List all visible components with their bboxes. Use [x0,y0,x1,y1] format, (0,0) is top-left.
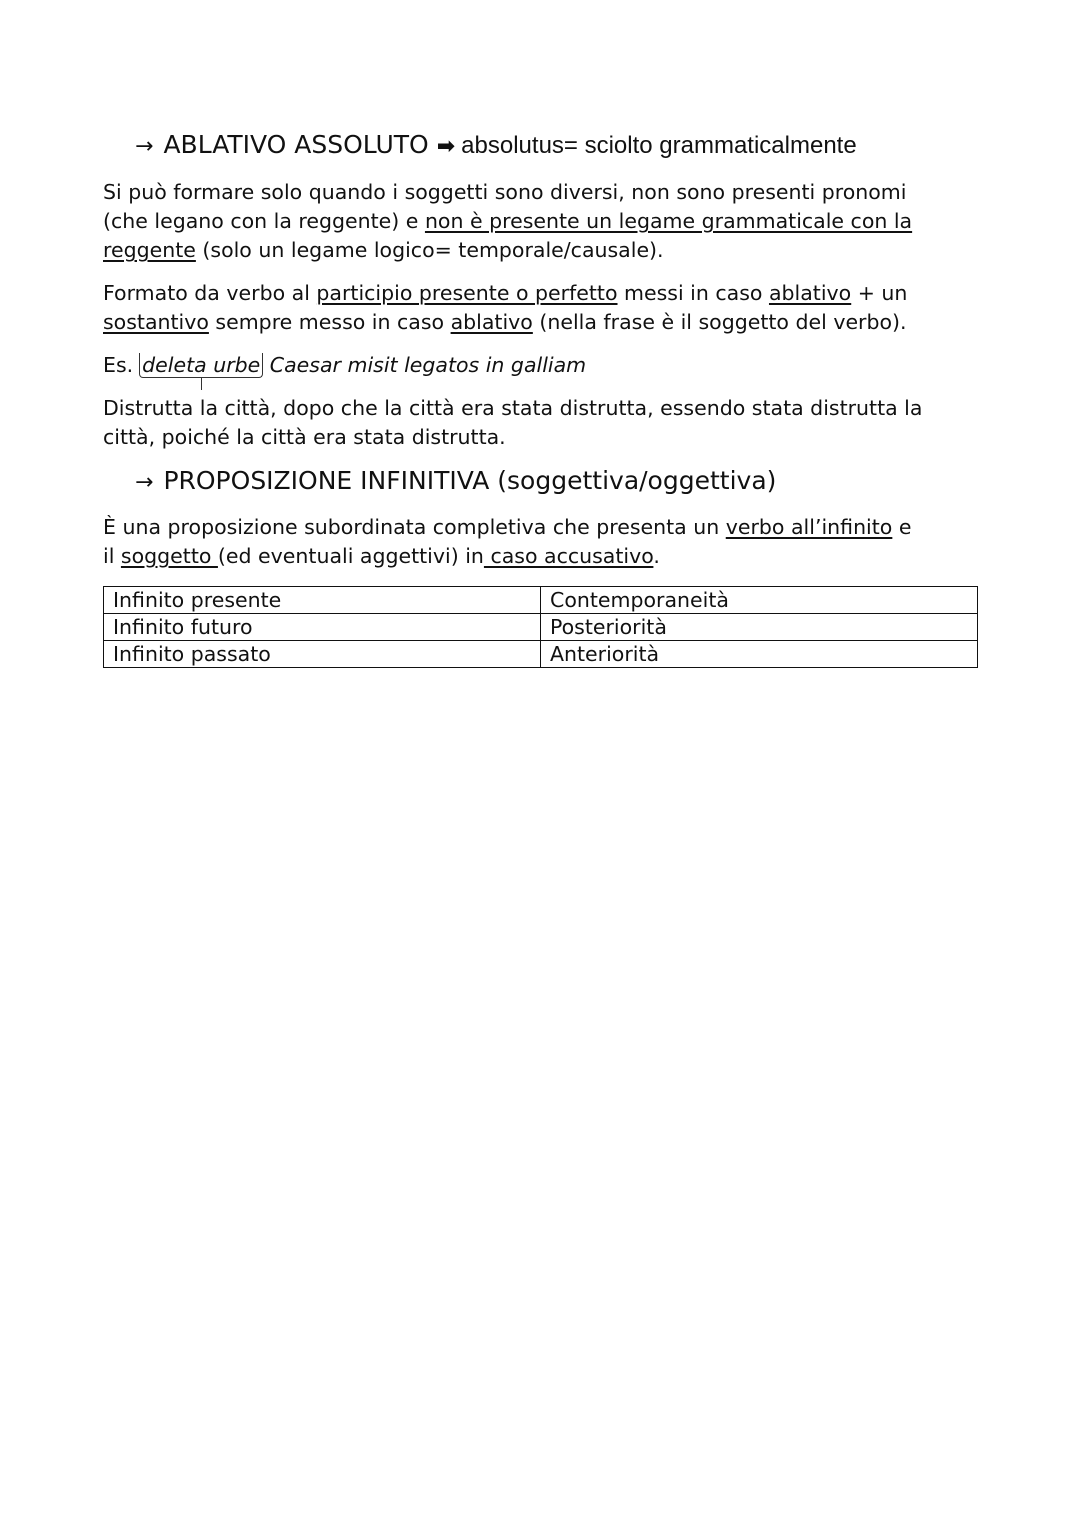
table-row: Infinito presente Contemporaneità [104,587,978,614]
bracket-pointer [201,378,202,390]
table-cell: Infinito presente [104,587,541,614]
underlined-text: ablativo [769,281,851,305]
text: messi in caso [618,281,769,305]
paragraph-translation: Distrutta la città, dopo che la città er… [103,394,983,452]
table-cell: Anteriorità [541,641,978,668]
example-line: Es.deleta urbe Caesar misit legatos in g… [103,351,586,380]
underlined-text: sostantivo [103,310,209,334]
text: Distrutta la città, dopo che la città er… [103,394,983,423]
text: e [892,515,911,539]
paragraph-definition: È una proposizione subordinata completiv… [103,513,983,571]
heading-title: PROPOSIZIONE INFINITIVA (soggettiva/ogge… [163,466,776,495]
text: È una proposizione subordinata completiv… [103,515,726,539]
infinitive-tense-table: Infinito presente Contemporaneità Infini… [103,586,978,668]
underlined-text: participio presente o perfetto [316,281,617,305]
table-cell: Contemporaneità [541,587,978,614]
arrow-right-icon: → [135,134,153,159]
arrow-right-icon: → [135,470,153,495]
underlined-text: verbo all’infinito [726,515,893,539]
underlined-text: soggetto [121,544,218,568]
example-label: Es. [103,353,133,377]
bold-arrow-right-icon: ➡ [437,134,455,159]
table-cell: Posteriorità [541,614,978,641]
text: Formato da verbo al [103,281,316,305]
example-sentence: Caesar misit legatos in galliam [270,353,586,377]
text: città, poiché la città era stata distrut… [103,423,983,452]
text: sempre messo in caso [209,310,451,334]
underlined-text: non è presente un legame grammaticale co… [425,209,912,233]
underlined-text: reggente [103,238,196,262]
table-row: Infinito futuro Posteriorità [104,614,978,641]
text: (solo un legame logico= temporale/causal… [196,238,664,262]
underlined-text: caso accusativo [484,544,653,568]
text: il [103,544,121,568]
table-cell: Infinito passato [104,641,541,668]
paragraph-formation: Formato da verbo al participio presente … [103,279,983,337]
table-cell: Infinito futuro [104,614,541,641]
bracketed-phrase: deleta urbe [139,353,263,378]
text: Si può formare solo quando i soggetti so… [103,180,906,204]
heading-title: ABLATIVO ASSOLUTO [163,130,428,159]
heading-proposizione-infinitiva: →PROPOSIZIONE INFINITIVA (soggettiva/ogg… [135,466,776,495]
text: (nella frase è il soggetto del verbo). [533,310,907,334]
text: (che legano con la reggente) e [103,209,425,233]
bracketed-text: deleta urbe [142,353,260,377]
paragraph-conditions: Si può formare solo quando i soggetti so… [103,178,983,265]
underlined-text: ablativo [451,310,533,334]
text: + un [851,281,907,305]
text: . [653,544,660,568]
heading-subtitle: absolutus= sciolto grammaticalmente [461,132,857,159]
table-row: Infinito passato Anteriorità [104,641,978,668]
text: (ed eventuali aggettivi) in [218,544,484,568]
heading-ablativo-assoluto: →ABLATIVO ASSOLUTO➡absolutus= sciolto gr… [135,130,857,160]
